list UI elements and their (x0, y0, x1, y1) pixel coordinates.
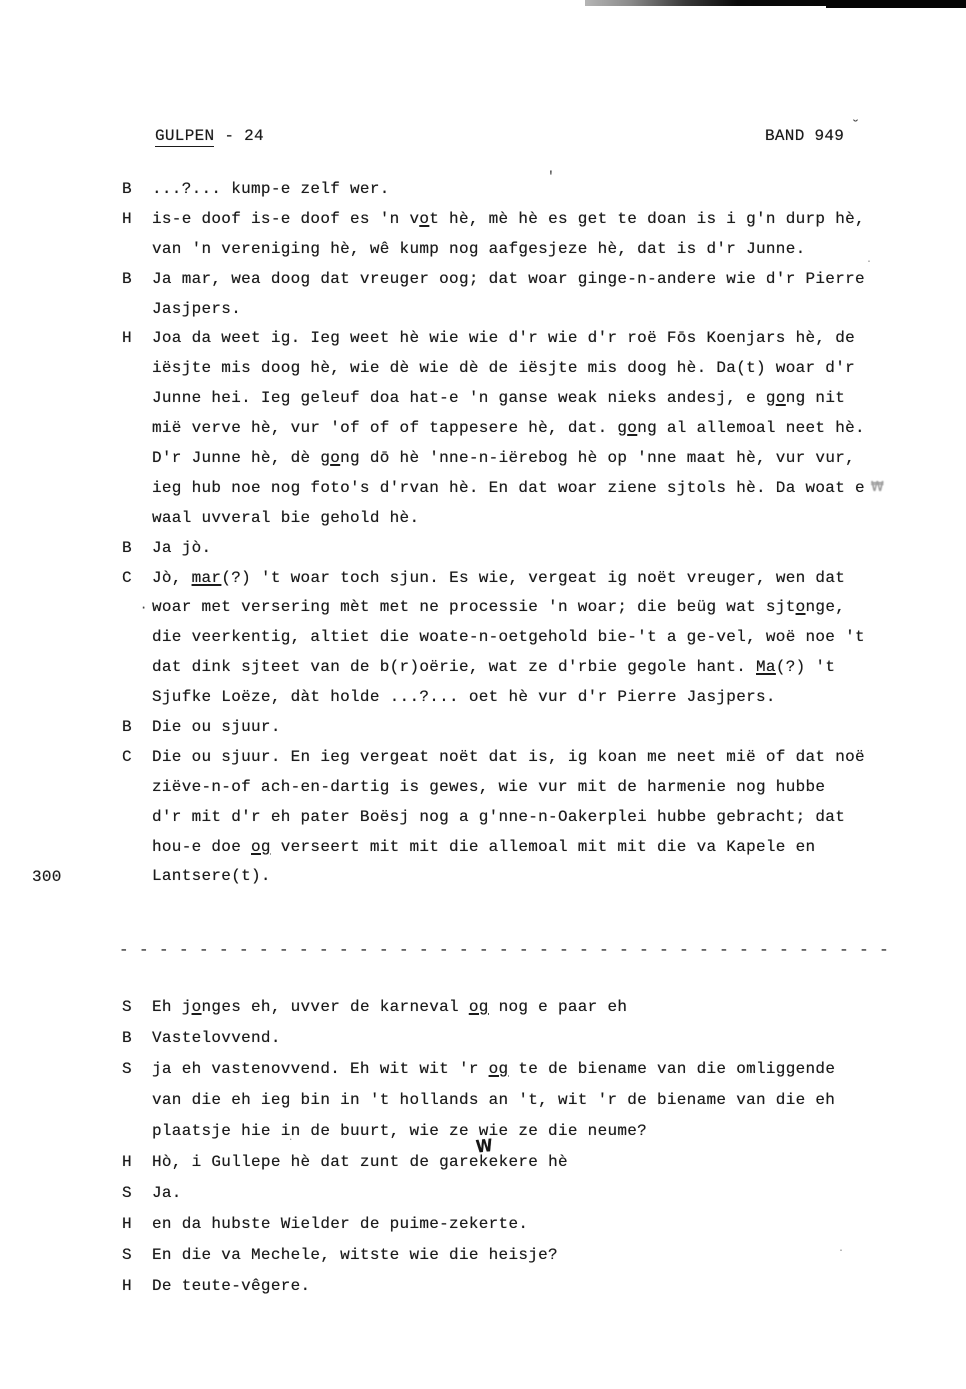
line-text: ...?... kump-e zelf wer. (152, 180, 390, 198)
scan-speck: · (288, 1136, 293, 1145)
line-text: van die eh ieg bin in 't hollands an 't,… (152, 1091, 835, 1109)
line-text: En die va Mechele, witste wie die heisje… (152, 1246, 558, 1264)
line-text: D'r Junne hè, dè gong dō hè 'nne-n-iëreb… (152, 449, 855, 467)
speaker-label: B (122, 539, 132, 557)
line-text: mië verve hè, vur 'of of of tappesere hè… (152, 419, 865, 437)
speaker-label: H (122, 210, 132, 228)
line-text: De teute-vêgere. (152, 1277, 310, 1295)
line-text: plaatsje hie in de buurt, wie ze wie ze … (152, 1122, 647, 1140)
title-location: GULPEN (155, 127, 214, 147)
line-text: Vastelovvend. (152, 1029, 281, 1047)
line-text: Jasjpers. (152, 300, 241, 318)
speaker-label: S (122, 1184, 132, 1202)
line-text: ieg hub noe nog foto's d'rvan hè. En dat… (152, 479, 878, 497)
page-header: GULPEN - 24 BAND 949 (0, 127, 966, 149)
line-text: Junne hei. Ieg geleuf doa hat-e 'n ganse… (152, 389, 845, 407)
line-text: en da hubste Wielder de puime-zekerte. (152, 1215, 528, 1233)
speaker-label: S (122, 998, 132, 1016)
line-text: iësjte mis doog hè, wie dè wie dè de iës… (152, 359, 855, 377)
line-text: die veerkentig, altiet die woate-n-oetge… (152, 628, 865, 646)
speaker-label: B (122, 270, 132, 288)
speaker-label: S (122, 1246, 132, 1264)
scanned-transcript-page: GULPEN - 24 BAND 949 B...?... kump-e zel… (0, 0, 966, 1389)
speaker-label: H (122, 1277, 132, 1295)
section-separator: - - - - - - - - - - - - - - - - - - - - … (119, 942, 889, 957)
line-text: dat dink sjteet van de b(r)oërie, wat ze… (152, 658, 835, 676)
line-text: ja eh vastenovvend. Eh wit wit 'r og te … (152, 1060, 835, 1078)
line-text: Lantsere(t). (152, 867, 271, 885)
line-text: Jò, mar(?) 't woar toch sjun. Es wie, ve… (152, 569, 845, 587)
scan-speck: · (838, 1247, 844, 1257)
speaker-label: C (122, 569, 132, 587)
line-text: van 'n vereniging hè, wê kump nog aafges… (152, 240, 806, 258)
ink-smudge: ₩ (871, 480, 884, 495)
line-text: Ja jò. (152, 539, 211, 557)
speaker-label: B (122, 718, 132, 736)
line-text: Ja mar, wea doog dat vreuger oog; dat wo… (152, 270, 865, 288)
line-text: waal uvveral bie gehold hè. (152, 509, 419, 527)
line-text: ·woar met versering mèt met ne processie… (152, 598, 845, 616)
margin-line-number: 300 (32, 868, 62, 886)
handwritten-w-annotation: W (475, 1135, 494, 1157)
scan-speck: ' (547, 170, 555, 183)
line-text: is-e doof is-e doof es 'n vot hè, mè hè … (152, 210, 865, 228)
line-text: Ja. (152, 1184, 182, 1202)
speaker-label: S (122, 1060, 132, 1078)
line-text: Sjufke Loëze, dàt holde ...?... oet hè v… (152, 688, 776, 706)
line-text: hou-e doe og verseert mit mit die allemo… (152, 838, 815, 856)
speaker-label: B (122, 180, 132, 198)
speaker-label: C (122, 748, 132, 766)
title-page-number: - 24 (214, 127, 264, 145)
speaker-label: H (122, 1153, 132, 1171)
line-text: Eh jonges eh, uvver de karneval og nog e… (152, 998, 627, 1016)
speaker-label: B (122, 1029, 132, 1047)
speaker-label: H (122, 329, 132, 347)
document-title: GULPEN - 24 (155, 127, 264, 145)
line-text: d'r mit d'r eh pater Boësj nog a g'nne-n… (152, 808, 845, 826)
scan-speck: ˘ (851, 119, 860, 134)
band-number: BAND 949 (765, 127, 844, 145)
stray-dot: · (140, 601, 148, 615)
speaker-label: H (122, 1215, 132, 1233)
line-text: Hò, i Gullepe hè dat zunt de gareWkekere… (152, 1153, 568, 1171)
scan-speck: · (866, 258, 872, 268)
line-text: ziëve-n-of ach-en-dartig is gewes, wie v… (152, 778, 825, 796)
line-text: Die ou sjuur. En ieg vergeat noët dat is… (152, 748, 865, 766)
scan-edge-artifact (585, 0, 966, 6)
line-text: Joa da weet ig. Ieg weet hè wie wie d'r … (152, 329, 855, 347)
line-text: Die ou sjuur. (152, 718, 281, 736)
